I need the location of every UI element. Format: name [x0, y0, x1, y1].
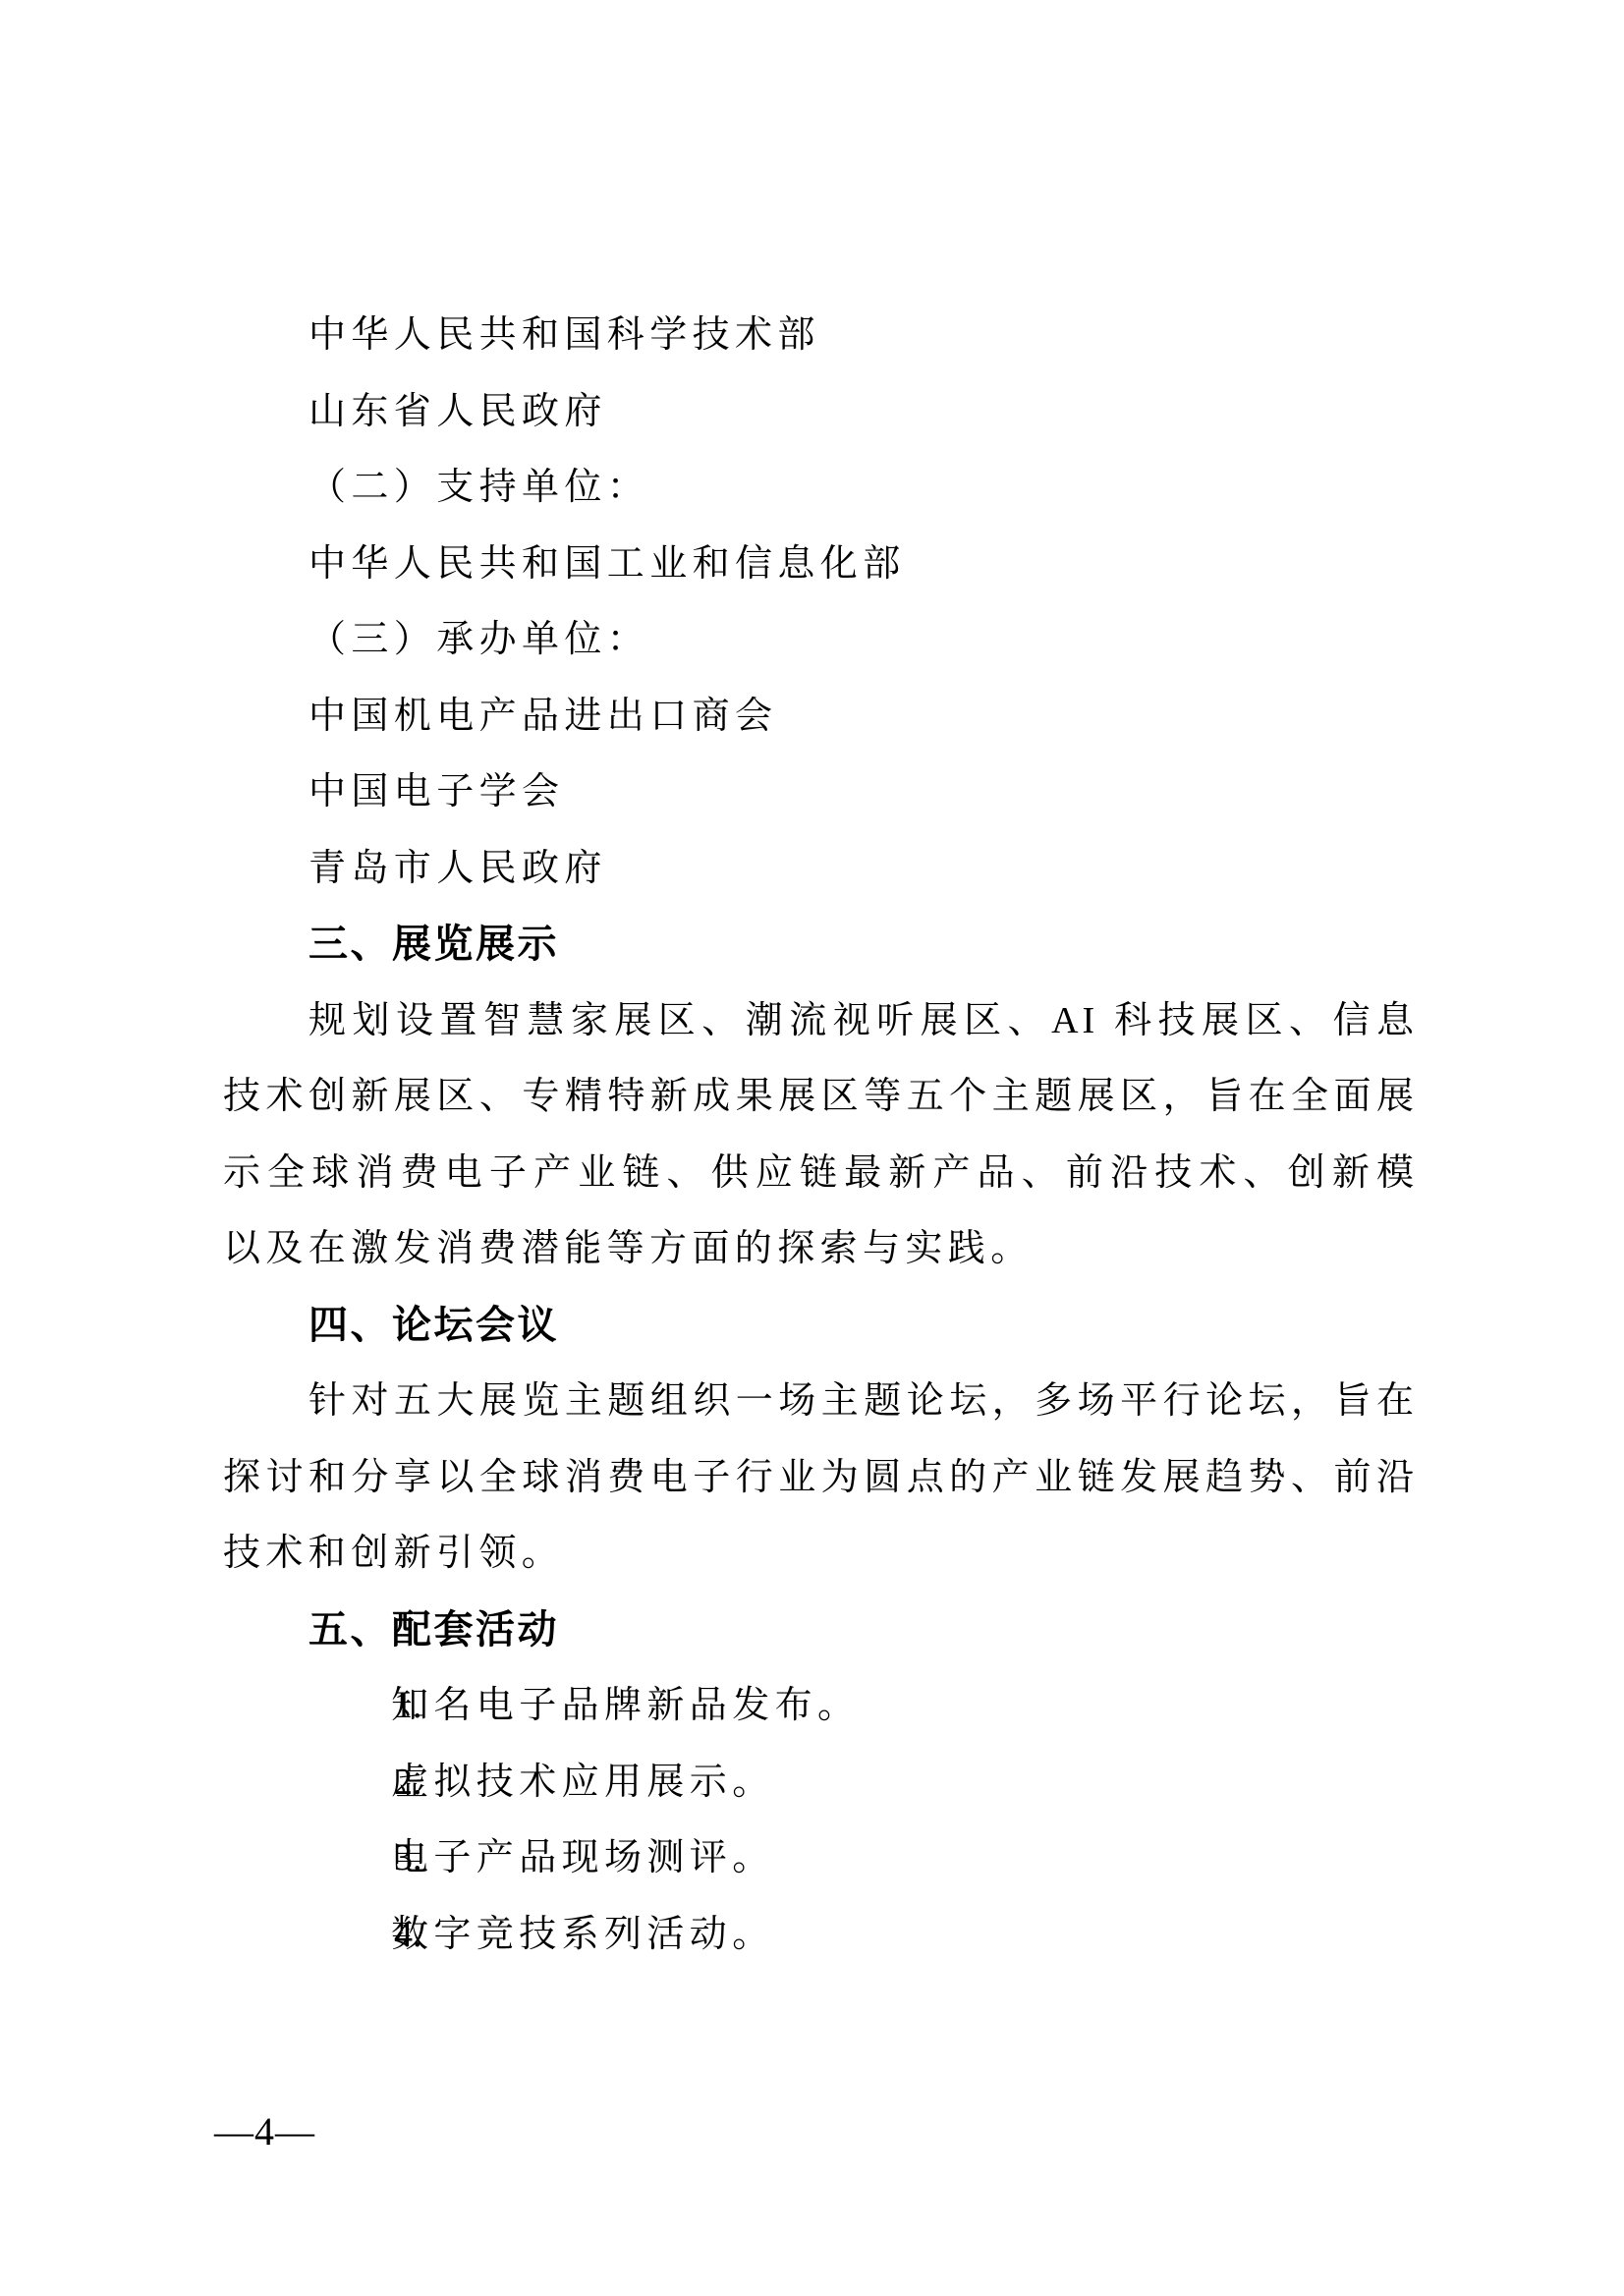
- list-item: 4.数字竞技系列活动。: [223, 1897, 1418, 1974]
- list-text: 知名电子品牌新品发布。: [391, 1685, 860, 1726]
- section-heading: 三、展览展示: [223, 907, 1418, 983]
- list-number: 3.: [308, 1820, 391, 1897]
- doc-line: 青岛市人民政府: [223, 831, 1418, 908]
- paragraph-line: 探讨和分享以全球消费电子行业为圆点的产业链发展趋势、前沿: [223, 1440, 1418, 1517]
- paragraph-line: 技术创新展区、专精特新成果展区等五个主题展区，旨在全面展: [223, 1059, 1418, 1136]
- section-heading: 四、论坛会议: [223, 1288, 1418, 1365]
- paragraph-line: 以及在激发消费潜能等方面的探索与实践。: [223, 1211, 1418, 1288]
- list-item: 3.电子产品现场测评。: [223, 1820, 1418, 1897]
- list-text: 虚拟技术应用展示。: [391, 1762, 775, 1803]
- list-number: 1.: [308, 1668, 391, 1745]
- doc-line: 中国电子学会: [223, 755, 1418, 831]
- doc-line: 中华人民共和国工业和信息化部: [223, 527, 1418, 603]
- list-item: 1.知名电子品牌新品发布。: [223, 1668, 1418, 1745]
- sub-heading-line: （三）承办单位：: [223, 602, 1418, 679]
- paragraph-line: 规划设置智慧家展区、潮流视听展区、AI 科技展区、信息: [223, 983, 1418, 1060]
- paragraph-line: 示全球消费电子产业链、供应链最新产品、前沿技术、创新模式，: [223, 1136, 1418, 1212]
- doc-line: 中华人民共和国科学技术部: [223, 298, 1418, 374]
- doc-line: 中国机电产品进出口商会: [223, 679, 1418, 756]
- paragraph-line: 技术和创新引领。: [223, 1516, 1418, 1593]
- document-body: 中华人民共和国科学技术部山东省人民政府（二）支持单位：中华人民共和国工业和信息化…: [223, 298, 1418, 1973]
- list-item: 2.虚拟技术应用展示。: [223, 1745, 1418, 1821]
- doc-line: 山东省人民政府: [223, 374, 1418, 451]
- section-heading: 五、配套活动: [223, 1593, 1418, 1669]
- list-number: 4.: [308, 1897, 391, 1974]
- list-text: 电子产品现场测评。: [391, 1837, 775, 1878]
- list-text: 数字竞技系列活动。: [391, 1914, 775, 1955]
- page-number: —4—: [214, 2112, 315, 2152]
- paragraph-line: 针对五大展览主题组织一场主题论坛，多场平行论坛，旨在: [223, 1364, 1418, 1440]
- document-page: 中华人民共和国科学技术部山东省人民政府（二）支持单位：中华人民共和国工业和信息化…: [0, 0, 1624, 2296]
- list-number: 2.: [308, 1745, 391, 1821]
- sub-heading-line: （二）支持单位：: [223, 450, 1418, 527]
